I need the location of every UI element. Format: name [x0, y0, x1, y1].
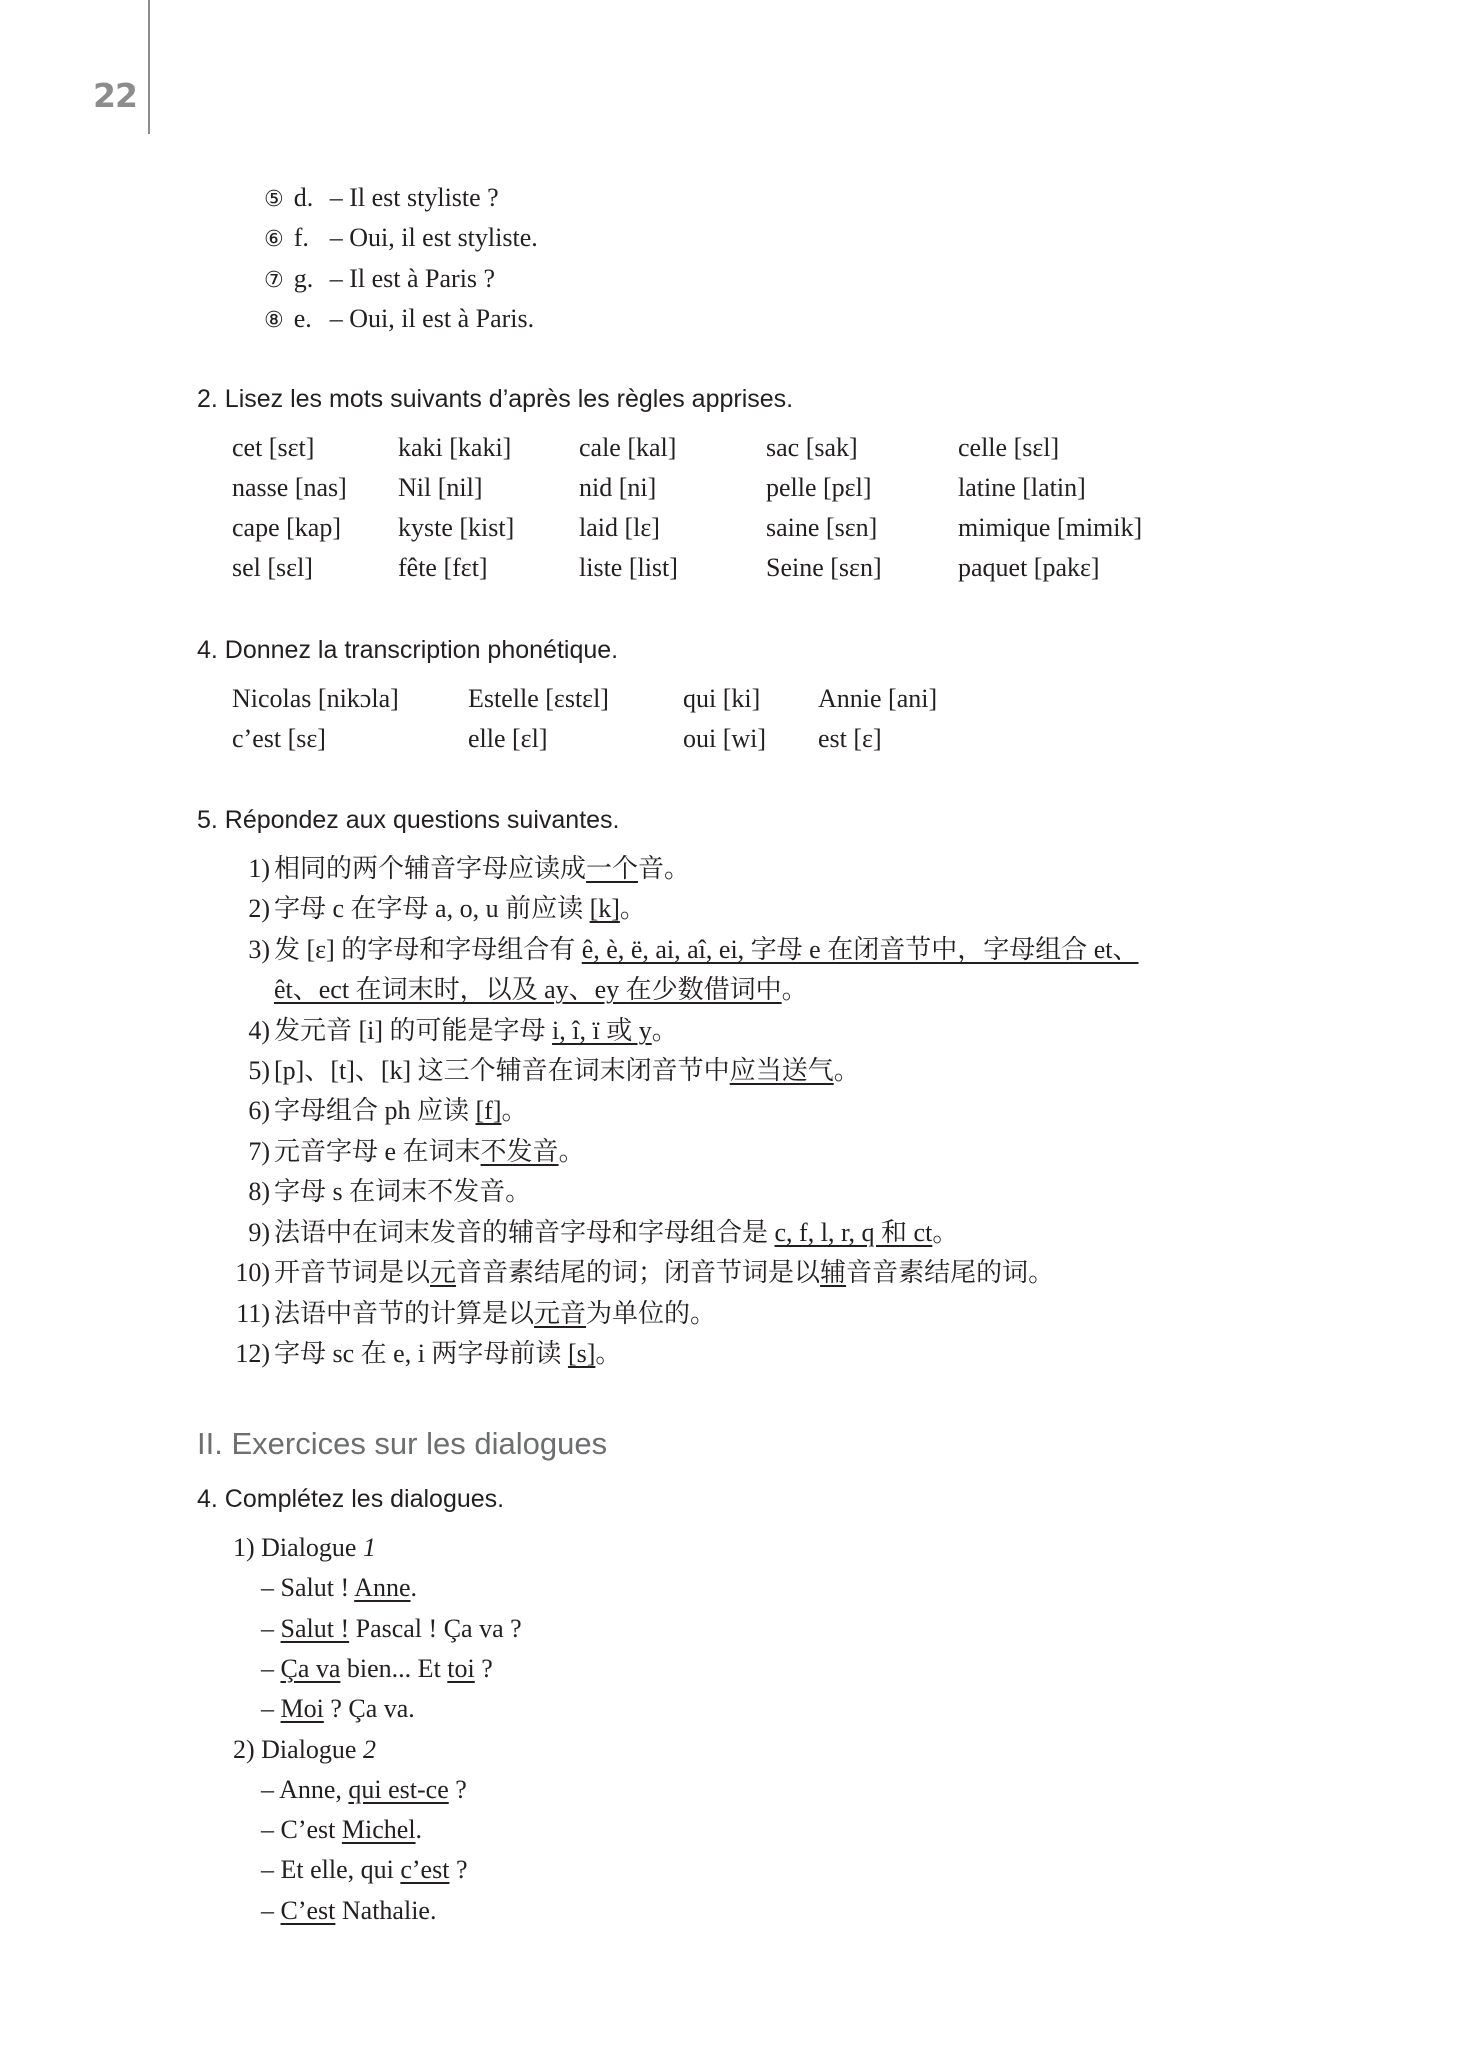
word-cell: sel [sɛl] — [232, 553, 313, 583]
transcription-cell: elle [ɛl] — [468, 724, 548, 754]
text-segment: ? Ça va. — [324, 1694, 415, 1723]
text-segment: 音。 — [638, 854, 690, 883]
item-number: 11) — [228, 1299, 270, 1329]
text-segment: – C’est — [261, 1815, 342, 1844]
text-segment: Pascal ! Ça va ? — [349, 1614, 522, 1643]
answer-blank: 元音 — [534, 1299, 586, 1328]
matching-answer-row: ⑦g.– Il est à Paris ? — [264, 264, 495, 296]
circled-number: ⑧ — [264, 308, 284, 333]
item-number: 3) — [228, 935, 270, 965]
text-segment: 字母 s 在词末不发音。 — [274, 1177, 531, 1206]
word-cell: Seine [sɛn] — [766, 553, 882, 583]
item-text: êt、ect 在词末时，以及 ay、ey 在少数借词中。 — [274, 975, 808, 1004]
answer-item: êt、ect 在词末时，以及 ay、ey 在少数借词中。 — [228, 975, 808, 1005]
item-text: 开音节词是以元音音素结尾的词；闭音节词是以辅音音素结尾的词。 — [274, 1258, 1054, 1287]
answer-letter: g. — [294, 264, 330, 294]
word-cell: nid [ni] — [579, 473, 656, 503]
answer-blank: qui est-ce — [348, 1775, 448, 1804]
answer-item: 11)法语中音节的计算是以元音为单位的。 — [228, 1299, 716, 1329]
word-cell: saine [sɛn] — [766, 513, 877, 543]
answer-blank: [k] — [590, 894, 620, 923]
item-text: [p]、[t]、[k] 这三个辅音在词末闭音节中应当送气。 — [274, 1056, 860, 1085]
word-cell: cale [kal] — [579, 433, 676, 463]
answer-blank: c, f, l, r, q 和 ct — [775, 1218, 933, 1247]
text-segment: 发 [ɛ] 的字母和字母组合有 — [274, 935, 582, 964]
text-segment: – — [261, 1896, 281, 1925]
answer-item: 5)[p]、[t]、[k] 这三个辅音在词末闭音节中应当送气。 — [228, 1056, 860, 1086]
text-segment: 。 — [782, 975, 808, 1004]
item-text: 法语中在词末发音的辅音字母和字母组合是 c, f, l, r, q 和 ct。 — [274, 1218, 958, 1247]
answer-item: 9)法语中在词末发音的辅音字母和字母组合是 c, f, l, r, q 和 ct… — [228, 1218, 958, 1248]
matching-answer-row: ⑤d.– Il est styliste ? — [264, 183, 499, 215]
text-segment: 相同的两个辅音字母应读成 — [274, 854, 586, 883]
answer-blank: Moi — [281, 1694, 324, 1723]
answer-blank: 一个 — [586, 854, 638, 883]
answer-blank: Anne — [354, 1573, 410, 1602]
word-cell: paquet [pakɛ] — [958, 553, 1100, 583]
word-cell: nasse [nas] — [232, 473, 347, 503]
transcription-cell: oui [wi] — [683, 724, 766, 754]
answer-blank: [f] — [476, 1096, 502, 1125]
text-segment: Nathalie. — [335, 1896, 436, 1925]
text-segment: . — [411, 1573, 418, 1602]
answer-item: 4)发元音 [i] 的可能是字母 i, î, ï 或 y。 — [228, 1016, 678, 1046]
answer-blank: êt、ect 在词末时，以及 ay、ey 在少数借词中 — [274, 975, 782, 1004]
answer-blank: 不发音 — [481, 1137, 559, 1166]
dialogue-line: – Salut ! Anne. — [261, 1573, 417, 1603]
answer-blank: C’est — [281, 1896, 336, 1925]
dialogue-line: – Et elle, qui c’est ? — [261, 1855, 468, 1885]
text-segment: 字母 sc 在 e, i 两字母前读 — [274, 1339, 568, 1368]
text-segment: 。 — [652, 1016, 678, 1045]
answer-blank: Michel — [342, 1815, 416, 1844]
item-text: 字母 c 在字母 a, o, u 前应读 [k]。 — [274, 894, 646, 923]
dialogue-line: – Oui, il est styliste. — [330, 223, 538, 252]
word-cell: kyste [kist] — [398, 513, 514, 543]
item-text: 字母 s 在词末不发音。 — [274, 1177, 531, 1206]
text-segment: 为单位的。 — [586, 1299, 716, 1328]
page-number: 22 — [93, 76, 137, 115]
text-segment: 法语中在词末发音的辅音字母和字母组合是 — [274, 1218, 775, 1247]
text-segment: – — [261, 1614, 281, 1643]
text-segment: 发元音 [i] 的可能是字母 — [274, 1016, 552, 1045]
text-segment: bien... Et — [340, 1654, 447, 1683]
answer-blank: c’est — [400, 1855, 449, 1884]
text-segment: 。 — [932, 1218, 958, 1247]
word-cell: sac [sak] — [766, 433, 858, 463]
answer-blank: i, î, ï 或 y — [552, 1016, 652, 1045]
answer-blank: Ça va — [281, 1654, 341, 1683]
answer-item: 2)字母 c 在字母 a, o, u 前应读 [k]。 — [228, 894, 646, 924]
dialogue-label: 1) Dialogue 1 — [233, 1533, 376, 1563]
text-segment: 法语中音节的计算是以 — [274, 1299, 534, 1328]
answer-item: 1)相同的两个辅音字母应读成一个音。 — [228, 854, 690, 884]
word-cell: pelle [pɛl] — [766, 473, 872, 503]
word-cell: cet [sɛt] — [232, 433, 314, 463]
text-segment: . — [416, 1815, 423, 1844]
answer-blank: [s] — [568, 1339, 595, 1368]
dialogue-number: 2 — [363, 1735, 376, 1764]
dialogue-line: – Ça va bien... Et toi ? — [261, 1654, 493, 1684]
item-number: 2) — [228, 894, 270, 924]
matching-answer-row: ⑧e.– Oui, il est à Paris. — [264, 304, 534, 336]
word-cell: latine [latin] — [958, 473, 1086, 503]
answer-blank: 辅 — [820, 1258, 846, 1287]
text-segment: ? — [449, 1775, 467, 1804]
dialogue-exercise-title: 4. Complétez les dialogues. — [197, 1484, 504, 1514]
answer-item: 12)字母 sc 在 e, i 两字母前读 [s]。 — [228, 1339, 621, 1369]
exercise-4-title: 4. Donnez la transcription phonétique. — [197, 635, 618, 665]
text-segment: 音音素结尾的词。 — [846, 1258, 1054, 1287]
answer-blank: 应当送气 — [730, 1056, 834, 1085]
answer-item: 7)元音字母 e 在词末不发音。 — [228, 1137, 585, 1167]
item-text: 元音字母 e 在词末不发音。 — [274, 1137, 585, 1166]
answer-item: 8)字母 s 在词末不发音。 — [228, 1177, 531, 1207]
circled-number: ⑦ — [264, 268, 284, 293]
item-number: 4) — [228, 1016, 270, 1046]
dialogue-line: – Anne, qui est-ce ? — [261, 1775, 467, 1805]
transcription-cell: qui [ki] — [683, 684, 760, 714]
word-cell: cape [kap] — [232, 513, 341, 543]
text-segment: 字母 c 在字母 a, o, u 前应读 — [274, 894, 590, 923]
word-cell: laid [lɛ] — [579, 513, 660, 543]
text-segment: – Salut ! — [261, 1573, 354, 1602]
item-number: 8) — [228, 1177, 270, 1207]
item-number: 5) — [228, 1056, 270, 1086]
text-segment: 字母组合 ph 应读 — [274, 1096, 476, 1125]
text-segment: ? — [475, 1654, 493, 1683]
text-segment: [p]、[t]、[k] 这三个辅音在词末闭音节中 — [274, 1056, 730, 1085]
answer-blank: toi — [447, 1654, 474, 1683]
answer-letter: e. — [294, 304, 330, 334]
circled-number: ⑥ — [264, 227, 284, 252]
margin-rule — [148, 0, 150, 134]
dialogue-line: – Il est styliste ? — [330, 183, 499, 212]
item-text: 发元音 [i] 的可能是字母 i, î, ï 或 y。 — [274, 1016, 678, 1045]
answer-letter: d. — [294, 183, 330, 213]
word-cell: liste [list] — [579, 553, 678, 583]
item-number: 6) — [228, 1096, 270, 1126]
text-segment: 。 — [834, 1056, 860, 1085]
text-segment: ? — [449, 1855, 467, 1884]
item-number: 9) — [228, 1218, 270, 1248]
word-cell: fête [fɛt] — [398, 553, 488, 583]
answer-item: 6)字母组合 ph 应读 [f]。 — [228, 1096, 528, 1126]
dialogue-label-text: 2) Dialogue — [233, 1735, 363, 1764]
text-segment: – — [261, 1654, 281, 1683]
dialogue-line: – C’est Nathalie. — [261, 1896, 436, 1926]
transcription-cell: Estelle [ɛstɛl] — [468, 684, 609, 714]
exercise-5-title: 5. Répondez aux questions suivantes. — [197, 805, 620, 835]
text-segment: 。 — [620, 894, 646, 923]
dialogue-line: – C’est Michel. — [261, 1815, 422, 1845]
text-segment: 音音素结尾的词；闭音节词是以 — [456, 1258, 820, 1287]
item-number: 7) — [228, 1137, 270, 1167]
circled-number: ⑤ — [264, 187, 284, 212]
text-segment: – Et elle, qui — [261, 1855, 400, 1884]
answer-item: 3)发 [ɛ] 的字母和字母组合有 ê, è, ë, ai, aî, ei, 字… — [228, 935, 1138, 965]
matching-answer-row: ⑥f.– Oui, il est styliste. — [264, 223, 538, 255]
item-text: 相同的两个辅音字母应读成一个音。 — [274, 854, 690, 883]
item-number: 12) — [228, 1339, 270, 1369]
dialogue-line: – Salut ! Pascal ! Ça va ? — [261, 1614, 522, 1644]
dialogue-line: – Moi ? Ça va. — [261, 1694, 415, 1724]
text-segment: 。 — [559, 1137, 585, 1166]
transcription-cell: est [ɛ] — [818, 724, 882, 754]
dialogue-label: 2) Dialogue 2 — [233, 1735, 376, 1765]
text-segment: – Anne, — [261, 1775, 348, 1804]
text-segment: 。 — [595, 1339, 621, 1368]
item-text: 字母 sc 在 e, i 两字母前读 [s]。 — [274, 1339, 621, 1368]
item-text: 法语中音节的计算是以元音为单位的。 — [274, 1299, 716, 1328]
exercise-2-title: 2. Lisez les mots suivants d’après les r… — [197, 384, 793, 414]
word-cell: celle [sɛl] — [958, 433, 1059, 463]
answer-letter: f. — [294, 223, 330, 253]
text-segment: 元音字母 e 在词末 — [274, 1137, 481, 1166]
item-number: 1) — [228, 854, 270, 884]
item-text: 字母组合 ph 应读 [f]。 — [274, 1096, 528, 1125]
answer-blank: Salut ! — [281, 1614, 350, 1643]
text-segment: 开音节词是以 — [274, 1258, 430, 1287]
item-number: 10) — [228, 1258, 270, 1288]
dialogue-number: 1 — [363, 1533, 376, 1562]
dialogue-line: – Oui, il est à Paris. — [330, 304, 534, 333]
word-cell: Nil [nil] — [398, 473, 483, 503]
answer-blank: 元 — [430, 1258, 456, 1287]
transcription-cell: c’est [sɛ] — [232, 724, 326, 754]
text-segment: – — [261, 1694, 281, 1723]
item-text: 发 [ɛ] 的字母和字母组合有 ê, è, ë, ai, aî, ei, 字母 … — [274, 935, 1138, 964]
word-cell: kaki [kaki] — [398, 433, 511, 463]
text-segment: 。 — [502, 1096, 528, 1125]
word-cell: mimique [mimik] — [958, 513, 1142, 543]
dialogue-line: – Il est à Paris ? — [330, 264, 495, 293]
transcription-cell: Nicolas [nikɔla] — [232, 684, 399, 714]
answer-item: 10)开音节词是以元音音素结尾的词；闭音节词是以辅音音素结尾的词。 — [228, 1258, 1054, 1288]
section-title: II. Exercices sur les dialogues — [197, 1426, 607, 1462]
dialogue-label-text: 1) Dialogue — [233, 1533, 363, 1562]
answer-blank: ê, è, ë, ai, aî, ei, 字母 e 在闭音节中，字母组合 et、 — [582, 935, 1139, 964]
transcription-cell: Annie [ani] — [818, 684, 937, 714]
